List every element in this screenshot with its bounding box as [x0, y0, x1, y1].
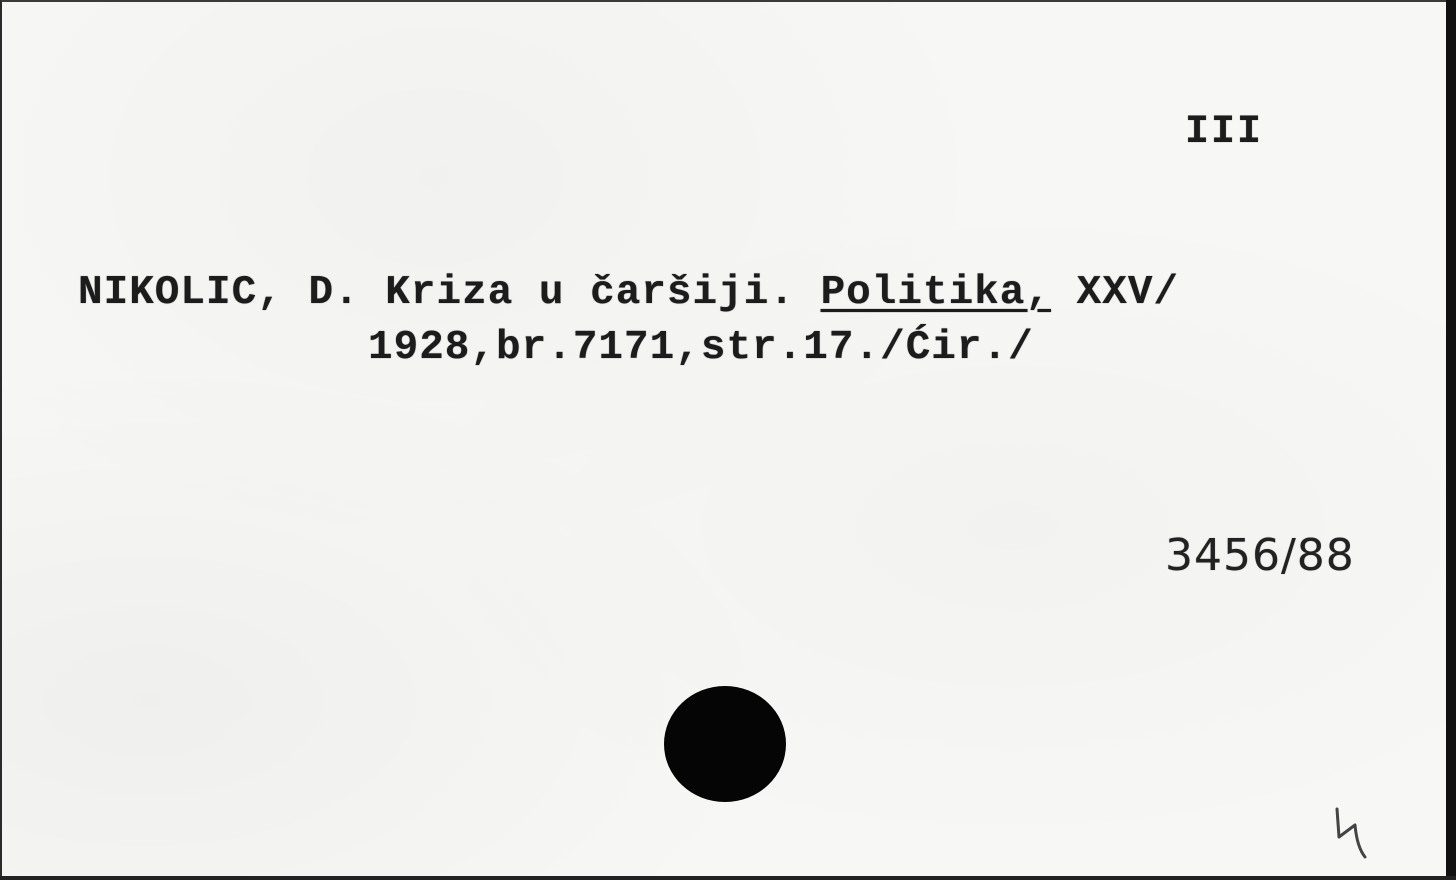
- scan-edge-bottom: [0, 876, 1456, 880]
- entry-line-1: NIKOLIC, D. Kriza u čaršiji. Politika, X…: [78, 270, 1179, 316]
- journal-title: Politika,: [821, 270, 1051, 316]
- entry-line-2: 1928,br.7171,str.17./Ćir./: [368, 325, 1034, 371]
- script-note: /Ćir./: [880, 325, 1034, 371]
- accession-number: 3456/88: [1165, 530, 1355, 581]
- article-title: Kriza u čaršiji.: [385, 270, 795, 316]
- volume: XXV/: [1077, 270, 1179, 316]
- author-name: NIKOLIC,: [78, 270, 283, 316]
- issue-pages: 1928,br.7171,str.17.: [368, 325, 880, 371]
- handwritten-mark-icon: [1327, 807, 1372, 862]
- author-initial: D.: [308, 270, 359, 316]
- punch-hole-icon: [664, 686, 786, 802]
- scan-edge-right: [1446, 0, 1456, 880]
- call-number: III: [1185, 110, 1263, 155]
- catalog-card: III NIKOLIC, D. Kriza u čaršiji. Politik…: [0, 0, 1446, 876]
